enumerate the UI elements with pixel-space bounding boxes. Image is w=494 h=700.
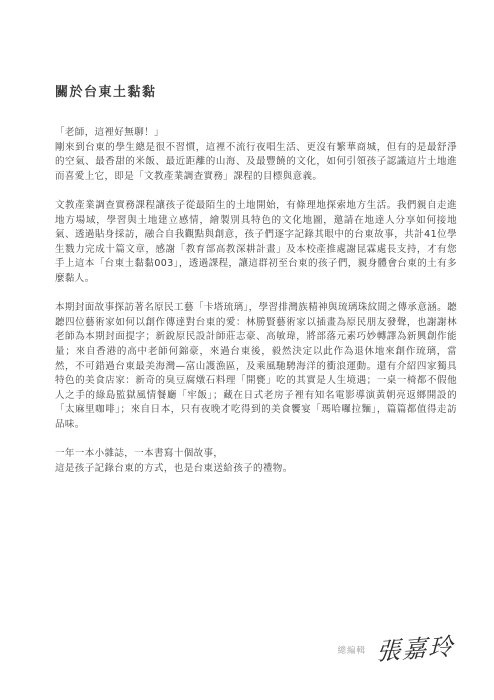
paragraph-closing: 一年一本小雜誌，一本書寫十個故事， 這是孩子記錄台東的方式，也是台東送給孩子的禮… — [55, 447, 457, 476]
signature-area: 總編輯 張嘉玲 — [337, 632, 454, 667]
page-title: 關於台東土黏黏 — [55, 81, 157, 100]
paragraph-intro: 「老師，這裡好無聊！」 剛來到台東的學生總是很不習慣，這裡不流行夜唱生活、更沒有… — [55, 126, 457, 184]
editor-handwritten-signature: 張嘉玲 — [376, 626, 455, 667]
editorial-body: 「老師，這裡好無聊！」 剛來到台東的學生總是很不習慣，這裡不流行夜唱生活、更沒有… — [55, 126, 457, 476]
paragraph-cover-story: 本期封面故事探訪著名原民工藝「卡塔琉璃」，學習排灣族精神與琉璃珠紋間之傳承意涵。… — [55, 301, 457, 432]
closing-line: 這是孩子記錄台東的方式，也是台東送給孩子的禮物。 — [55, 462, 457, 477]
quote-line: 「老師，這裡好無聊！」 — [55, 126, 457, 141]
paragraph-text: 本期封面故事探訪著名原民工藝「卡塔琉璃」，學習排灣族精神與琉璃珠紋間之傳承意涵。… — [55, 301, 457, 432]
editor-title-label: 總編輯 — [337, 644, 366, 656]
closing-line: 一年一本小雜誌，一本書寫十個故事， — [55, 447, 457, 462]
magazine-editorial-page: 關於台東土黏黏 「老師，這裡好無聊！」 剛來到台東的學生總是很不習慣，這裡不流行… — [0, 0, 494, 700]
paragraph-text: 剛來到台東的學生總是很不習慣，這裡不流行夜唱生活、更沒有繁華商城，但有的是最舒淨… — [55, 141, 457, 185]
paragraph-course: 文教產業調查實務課程讓孩子從最陌生的土地開始，有條理地探索地方生活。我們親自走進… — [55, 199, 457, 287]
paragraph-text: 文教產業調查實務課程讓孩子從最陌生的土地開始，有條理地探索地方生活。我們親自走進… — [55, 199, 457, 287]
